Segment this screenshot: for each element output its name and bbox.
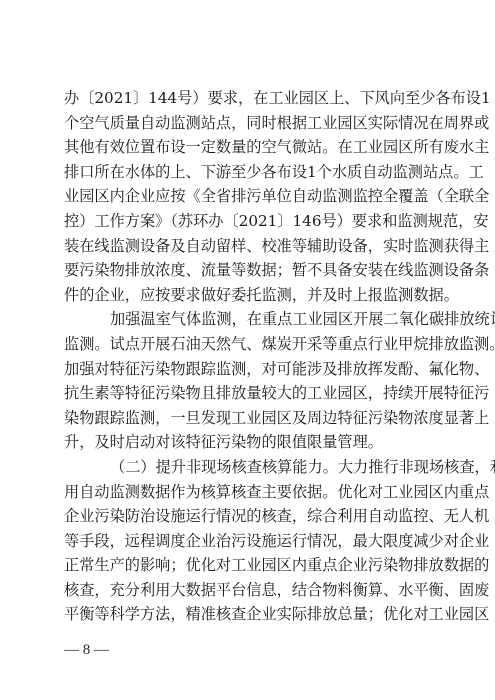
text-line: 用自动监测数据作为核算核查主要依据。优化对工业园区内重点 — [64, 480, 434, 505]
text-line: 等手段，远程调度企业治污设施运行情况，最大限度减少对企业 — [64, 529, 434, 554]
text-line: 正常生产的影响；优化对工业园区内重点企业污染物排放数据的 — [64, 553, 434, 578]
text-line: 要污染物排放浓度、流量等数据；暂不具备安装在线监测设备条 — [64, 258, 434, 283]
text-line: 件的企业，应按要求做好委托监测，并及时上报监测数据。 — [64, 283, 434, 308]
text-line: 核查，充分利用大数据平台信息，结合物料衡算、水平衡、固废 — [64, 578, 434, 603]
text-line: 办〔2021〕144号）要求，在工业园区上、下风向至少各布设1 — [64, 86, 434, 111]
text-line: 染物跟踪监测，一旦发现工业园区及周边特征污染物浓度显著上 — [64, 406, 434, 431]
section-heading-line: （二）提升非现场核查核算能力。大力推行非现场核查，利 — [64, 455, 434, 480]
text-line: 装在线监测设备及自动留样、校准等辅助设备，实时监测获得主 — [64, 234, 434, 259]
text-line: 抗生素等特征污染物且排放量较大的工业园区，持续开展特征污 — [64, 381, 434, 406]
text-line: 企业污染防治设施运行情况的核查，综合利用自动监控、无人机 — [64, 504, 434, 529]
page-number: — 8 — — [64, 640, 109, 660]
text-line: 排口所在水体的上、下游至少各布设1个水质自动监测站点。工 — [64, 160, 434, 185]
text-line: 监测。试点开展石油天然气、煤炭开采等重点行业甲烷排放监测。 — [64, 332, 434, 357]
paragraph-start-line: 加强温室气体监测，在重点工业园区开展二氧化碳排放统计 — [64, 307, 434, 332]
text-line: 其他有效位置布设一定数量的空气微站。在工业园区所有废水主 — [64, 135, 434, 160]
text-line: 平衡等科学方法，精准核查企业实际排放总量；优化对工业园区 — [64, 602, 434, 627]
text-line: 控）工作方案》（苏环办〔2021〕146号）要求和监测规范，安 — [64, 209, 434, 234]
document-page: 办〔2021〕144号）要求，在工业园区上、下风向至少各布设1 个空气质量自动监… — [0, 0, 495, 700]
text-line: 升，及时启动对该特征污染物的限值限量管理。 — [64, 430, 434, 455]
text-line: 业园区内企业应按《全省排污单位自动监测监控全覆盖（全联全 — [64, 184, 434, 209]
text-line: 个空气质量自动监测站点，同时根据工业园区实际情况在周界或 — [64, 111, 434, 136]
body-text: 办〔2021〕144号）要求，在工业园区上、下风向至少各布设1 个空气质量自动监… — [64, 86, 434, 627]
text-line: 加强对特征污染物跟踪监测，对可能涉及排放挥发酚、氟化物、 — [64, 357, 434, 382]
